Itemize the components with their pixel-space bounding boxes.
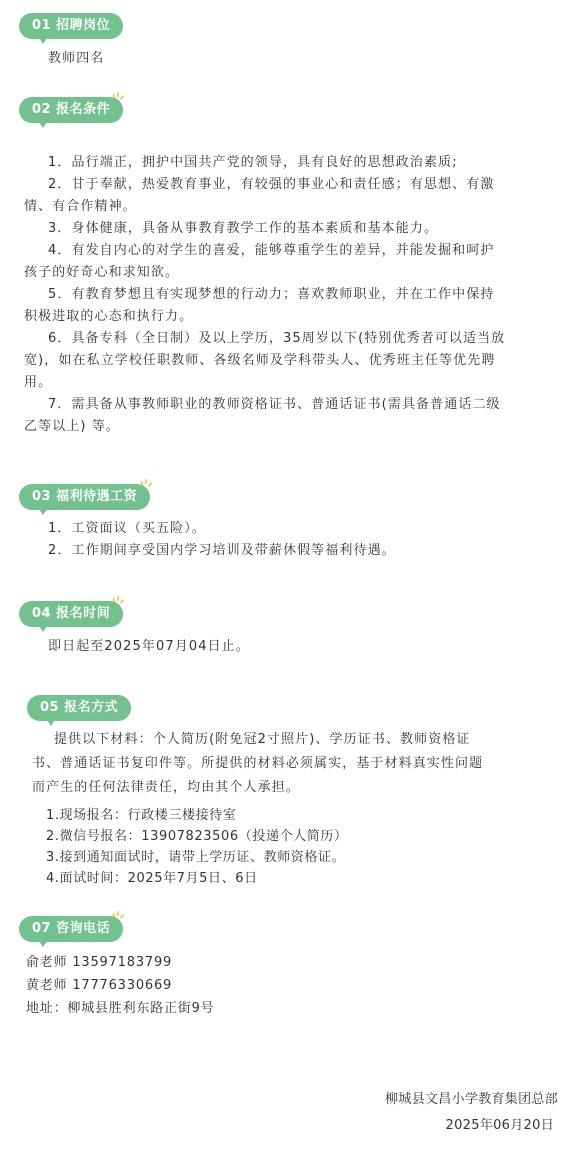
requirement-3: 3．身体健康，具备从事教育教学工作的基本素质和基本能力。 [48, 218, 438, 240]
requirement-7: 7．需具备从事教师职业的教师资格证书、普通话证书(需具备普通话二级 [48, 394, 501, 416]
section-header-02: 02 报名条件 [19, 97, 123, 123]
requirement-6-cont2: 用。 [24, 372, 52, 394]
registration-time-text: 即日起至2025年07月04日止。 [48, 636, 250, 658]
contact-1: 俞老师 13597183799 [26, 952, 172, 974]
requirement-2-cont: 情、有合作精神。 [24, 196, 137, 218]
method-item-2: 2.微信号报名：13907823506（投递个人简历） [46, 826, 348, 848]
benefit-2: 2．工作期间享受国内学习培训及带薪休假等福利待遇。 [48, 540, 396, 562]
method-item-4: 4.面试时间：2025年7月5日、6日 [46, 868, 258, 890]
method-intro-1: 提供以下材料：个人简历(附免冠2寸照片)、学历证书、教师资格证 [54, 729, 471, 751]
requirement-4-cont: 孩子的好奇心和求知欲。 [24, 262, 179, 284]
requirement-4: 4．有发自内心的对学生的喜爱，能够尊重学生的差异，并能发掘和呵护 [48, 240, 494, 262]
method-intro-2: 书、普通话证书复印件等。所提供的材料必须属实，基于材料真实性问题 [32, 753, 483, 775]
requirement-5: 5．有教育梦想且有实现梦想的行动力；喜欢教师职业，并在工作中保持 [48, 284, 494, 306]
requirement-6: 6．具备专科（全日制）及以上学历，35周岁以下(特别优秀者可以适当放 [48, 328, 505, 350]
requirement-1: 1．品行端正，拥护中国共产党的领导，具有良好的思想政治素质; [48, 152, 458, 174]
requirement-5-cont: 积极进取的心态和执行力。 [24, 306, 193, 328]
requirement-7-cont: 乙等以上) 等。 [24, 416, 120, 438]
method-item-1: 1.现场报名：行政楼三楼接待室 [46, 805, 236, 827]
method-intro-3: 而产生的任何法律责任，均由其个人承担。 [32, 777, 300, 799]
benefit-1: 1．工资面议（买五险）。 [48, 518, 206, 540]
requirement-2: 2．甘于奉献，热爱教育事业，有较强的事业心和责任感；有思想、有激 [48, 174, 494, 196]
contact-2: 黄老师 17776330669 [26, 975, 172, 997]
position-text: 教师四名 [48, 48, 104, 70]
footer-org: 柳城县文昌小学教育集团总部 [385, 1089, 558, 1111]
contact-address: 地址：柳城县胜利东路正街9号 [26, 998, 214, 1020]
section-header-04: 04 报名时间 [19, 601, 123, 627]
requirement-6-cont: 宽)，如在私立学校任职教师、各级名师及学科带头人、优秀班主任等优先聘 [24, 350, 495, 372]
section-header-03: 03 福利待遇工资 [19, 484, 150, 510]
footer-date: 2025年06月20日 [446, 1115, 554, 1137]
section-header-05: 05 报名方式 [27, 695, 131, 721]
section-header-01: 01 招聘岗位 [19, 13, 123, 39]
section-header-07: 07 咨询电话 [19, 916, 123, 942]
method-item-3: 3.接到通知面试时，请带上学历证、教师资格证。 [46, 847, 345, 869]
